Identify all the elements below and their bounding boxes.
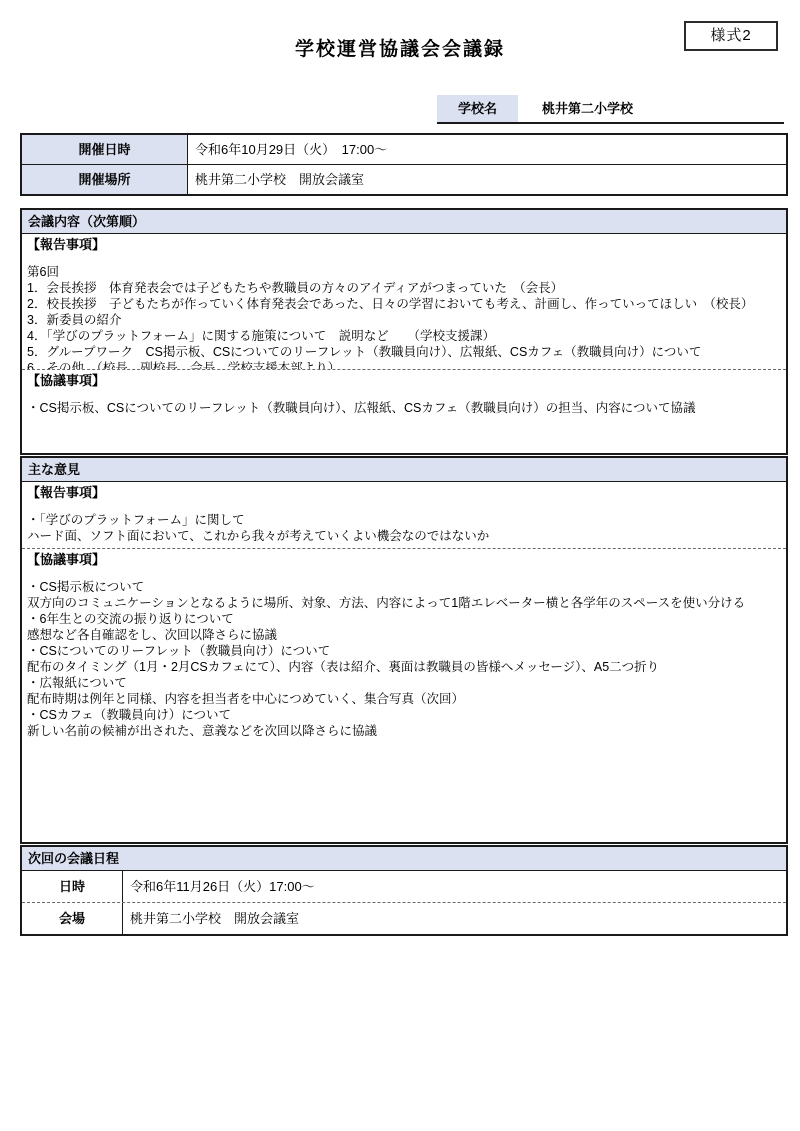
next-meeting-place-value: 桃井第二小学校 開放会議室: [123, 903, 786, 934]
meeting-datetime-value: 令和6年10月29日（火） 17:00～: [188, 135, 786, 164]
meeting-datetime-label: 開催日時: [22, 135, 188, 164]
text-line: ・CSについてのリーフレット（教職員向け）について: [27, 643, 781, 659]
opinions-report-cell: 【報告事項】 ・「学びのプラットフォーム」に関して ハード面、ソフト面において、…: [22, 482, 786, 549]
table-row: 開催日時 令和6年10月29日（火） 17:00～: [22, 135, 786, 164]
table-row: 日時 令和6年11月26日（火）17:00～: [22, 871, 786, 903]
text-line: ハード面、ソフト面において、これから我々が考えていくよい機会なのではないか: [27, 528, 781, 544]
text-line: 1．会長挨拶 体育発表会では子どもたちや教職員の方々のアイディアがつまっていた …: [27, 280, 781, 296]
text-line: 2．校長挨拶 子どもたちが作っていく体育発表会であった、日々の学習においても考え…: [27, 296, 781, 312]
next-meeting-header: 次回の会議日程: [22, 847, 786, 871]
agenda-report-cell: 【報告事項】 第6回 1．会長挨拶 体育発表会では子どもたちや教職員の方々のアイ…: [22, 234, 786, 370]
report-items-heading: 【報告事項】: [27, 485, 781, 501]
opinions-section: 主な意見 【報告事項】 ・「学びのプラットフォーム」に関して ハード面、ソフト面…: [20, 456, 788, 844]
next-meeting-place-label: 会場: [22, 903, 123, 934]
text-line: 第6回: [27, 264, 781, 280]
discussion-items-heading: 【協議事項】: [27, 552, 781, 568]
text-line: 5．グループワーク CS掲示板、CSについてのリーフレット（教職員向け）、広報紙…: [27, 344, 781, 360]
school-name-row: 学校名 桃井第二小学校: [437, 95, 784, 124]
next-meeting-datetime-label: 日時: [22, 871, 123, 902]
text-line: ・CS掲示板について: [27, 579, 781, 595]
opinions-discussion-cell: 【協議事項】 ・CS掲示板について 双方向のコミュニケーションとなるように場所、…: [22, 549, 786, 842]
text-line: ・広報紙について: [27, 675, 781, 691]
text-line: 新しい名前の候補が出された、意義などを次回以降さらに協議: [27, 723, 781, 739]
next-meeting-datetime-value: 令和6年11月26日（火）17:00～: [123, 871, 786, 902]
agenda-discussion-cell: 【協議事項】 ・CS掲示板、CSについてのリーフレット（教職員向け）、広報紙、C…: [22, 370, 786, 453]
report-items-heading: 【報告事項】: [27, 237, 781, 253]
meeting-place-label: 開催場所: [22, 165, 188, 194]
school-name-label: 学校名: [437, 95, 518, 122]
meeting-minutes-document: 様式2 学校運営協議会会議録 学校名 桃井第二小学校 開催日時 令和6年10月2…: [0, 0, 800, 1131]
text-line: 配布のタイミング（1月・2月CSカフェにて）、内容（表は紹介、裏面は教職員の皆様…: [27, 659, 781, 675]
agenda-section: 会議内容（次第順） 【報告事項】 第6回 1．会長挨拶 体育発表会では子どもたち…: [20, 208, 788, 455]
text-line: 感想など各自確認をし、次回以降さらに協議: [27, 627, 781, 643]
agenda-section-header: 会議内容（次第順）: [22, 210, 786, 234]
text-line: 双方向のコミュニケーションとなるように場所、対象、方法、内容によって1階エレベー…: [27, 595, 781, 611]
discussion-items-heading: 【協議事項】: [27, 373, 781, 389]
meeting-info-table: 開催日時 令和6年10月29日（火） 17:00～ 開催場所 桃井第二小学校 開…: [20, 133, 788, 196]
text-line: ・CSカフェ（教職員向け）について: [27, 707, 781, 723]
table-row: 開催場所 桃井第二小学校 開放会議室: [22, 164, 786, 194]
meeting-place-value: 桃井第二小学校 開放会議室: [188, 165, 786, 194]
text-line: ・CS掲示板、CSについてのリーフレット（教職員向け）、広報紙、CSカフェ（教職…: [27, 400, 781, 416]
text-line: 4．「学びのプラットフォーム」に関する施策について 説明など （学校支援課）: [27, 328, 781, 344]
school-name-value: 桃井第二小学校: [518, 95, 784, 122]
next-meeting-section: 次回の会議日程 日時 令和6年11月26日（火）17:00～ 会場 桃井第二小学…: [20, 845, 788, 936]
text-line: ・6年生との交流の振り返りについて: [27, 611, 781, 627]
text-line: 6．その他 （校長、副校長、会長、学校支援本部より）: [27, 360, 781, 370]
text-line: 3．新委員の紹介: [27, 312, 781, 328]
table-row: 会場 桃井第二小学校 開放会議室: [22, 903, 786, 934]
text-line: 配布時期は例年と同様、内容を担当者を中心につめていく、集合写真（次回）: [27, 691, 781, 707]
opinions-section-header: 主な意見: [22, 458, 786, 482]
text-line: ・「学びのプラットフォーム」に関して: [27, 512, 781, 528]
page-title: 学校運営協議会会議録: [0, 42, 800, 58]
